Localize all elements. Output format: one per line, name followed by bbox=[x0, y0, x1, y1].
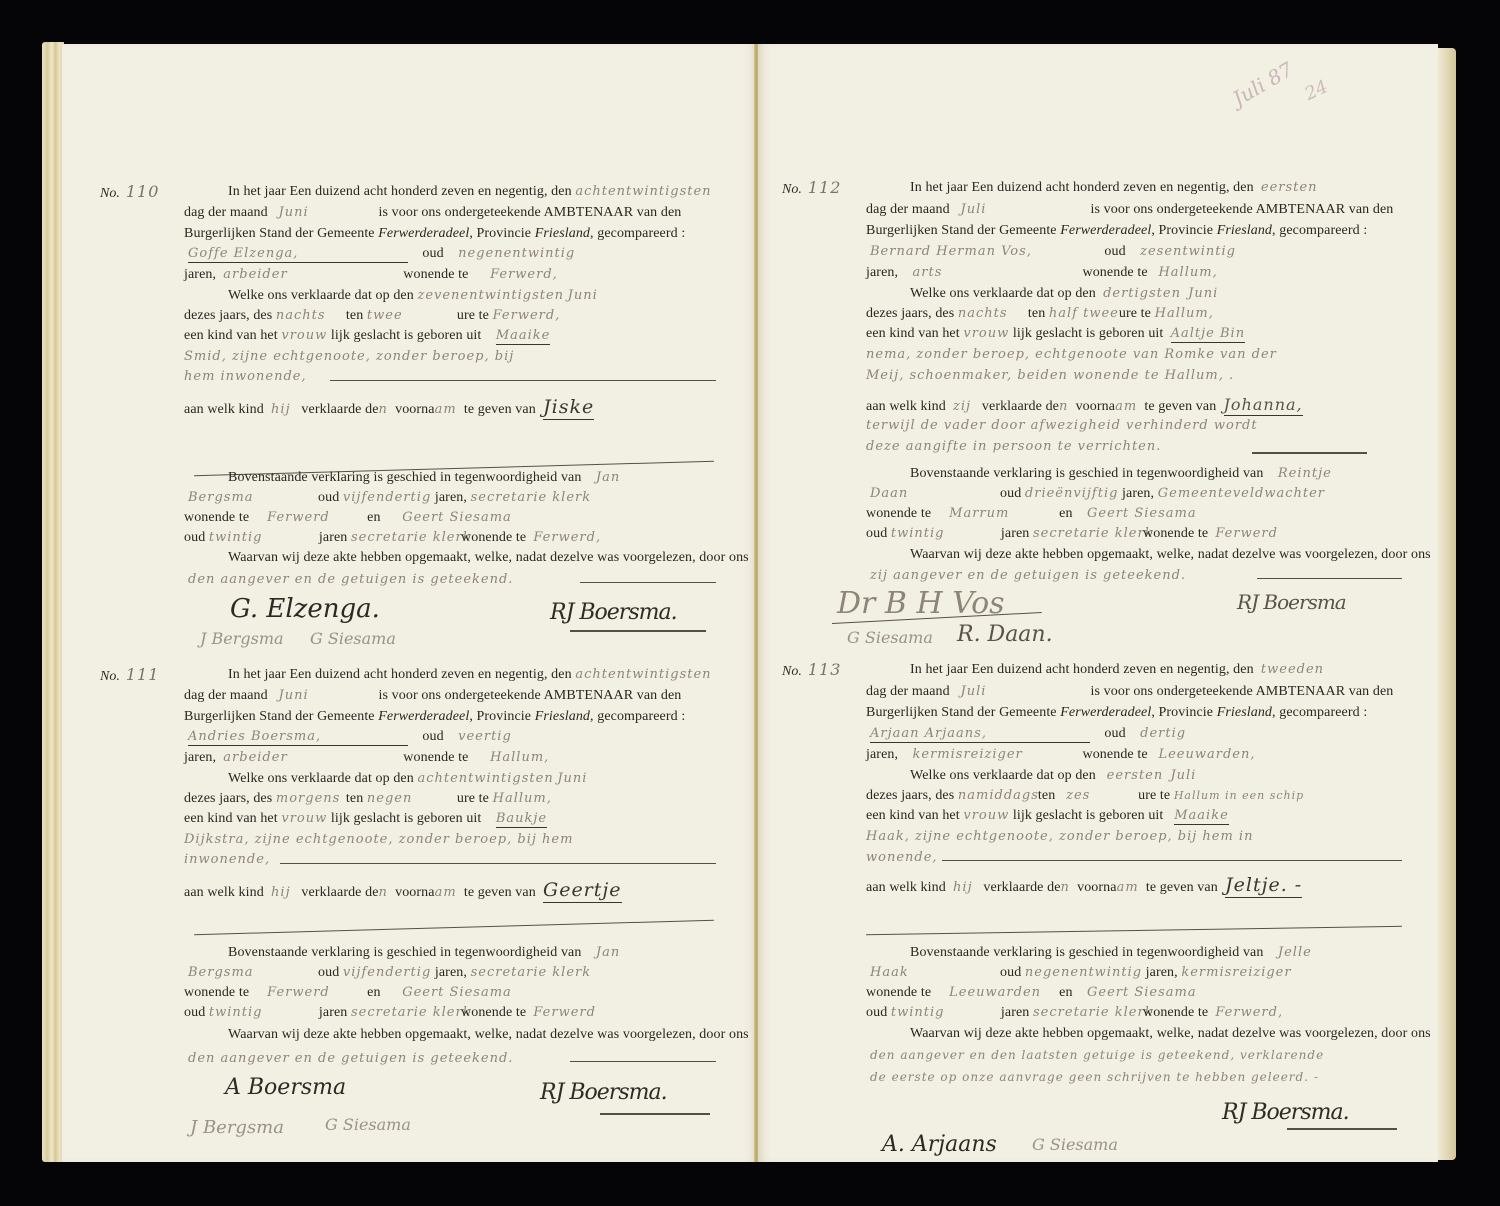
signature-witness-1: J Bergsma bbox=[200, 629, 284, 648]
signature-declarant: A. Arjaans bbox=[882, 1132, 997, 1157]
signature-witness-1: R. Daan. bbox=[957, 622, 1053, 647]
signature-witness-2: G Siesama bbox=[325, 1115, 411, 1134]
signature-official: RJ Boersma. bbox=[540, 1080, 667, 1105]
signature-witness-2: G Siesama bbox=[847, 628, 933, 647]
record-number: No.110 bbox=[100, 182, 159, 202]
declarant-name: Goffe Elzenga, bbox=[188, 246, 408, 263]
signature-declarant: G. Elzenga. bbox=[230, 594, 380, 624]
child-name: Johanna, bbox=[1224, 395, 1303, 416]
declarant-name: Andries Boersma, bbox=[188, 729, 408, 746]
page-stack-left-edge bbox=[42, 42, 64, 1162]
signature-official: RJ Boersma. bbox=[1222, 1100, 1349, 1125]
signature-witness-2: G Siesama bbox=[1032, 1135, 1118, 1154]
record-number: No.111 bbox=[100, 665, 159, 685]
signature-official: RJ Boersma bbox=[1237, 590, 1346, 614]
record-number: No.112 bbox=[782, 178, 841, 198]
signature-witness-1: J Bergsma bbox=[190, 1117, 284, 1138]
declarant-name: Arjaan Arjaans, bbox=[870, 726, 1090, 743]
signature-witness-2: G Siesama bbox=[310, 629, 396, 648]
child-name: Jeltje. - bbox=[1225, 874, 1302, 898]
child-name: Jiske bbox=[543, 396, 594, 420]
page-stack-right-edge bbox=[1438, 48, 1456, 1160]
record-number: No.113 bbox=[782, 660, 841, 680]
signature-declarant: A Boersma bbox=[225, 1075, 346, 1100]
declarant-name: Bernard Herman Vos, bbox=[870, 244, 1090, 259]
record-day: achtentwintigsten bbox=[575, 184, 711, 199]
signature-official: RJ Boersma. bbox=[550, 600, 677, 625]
child-name: Geertje bbox=[543, 879, 622, 903]
